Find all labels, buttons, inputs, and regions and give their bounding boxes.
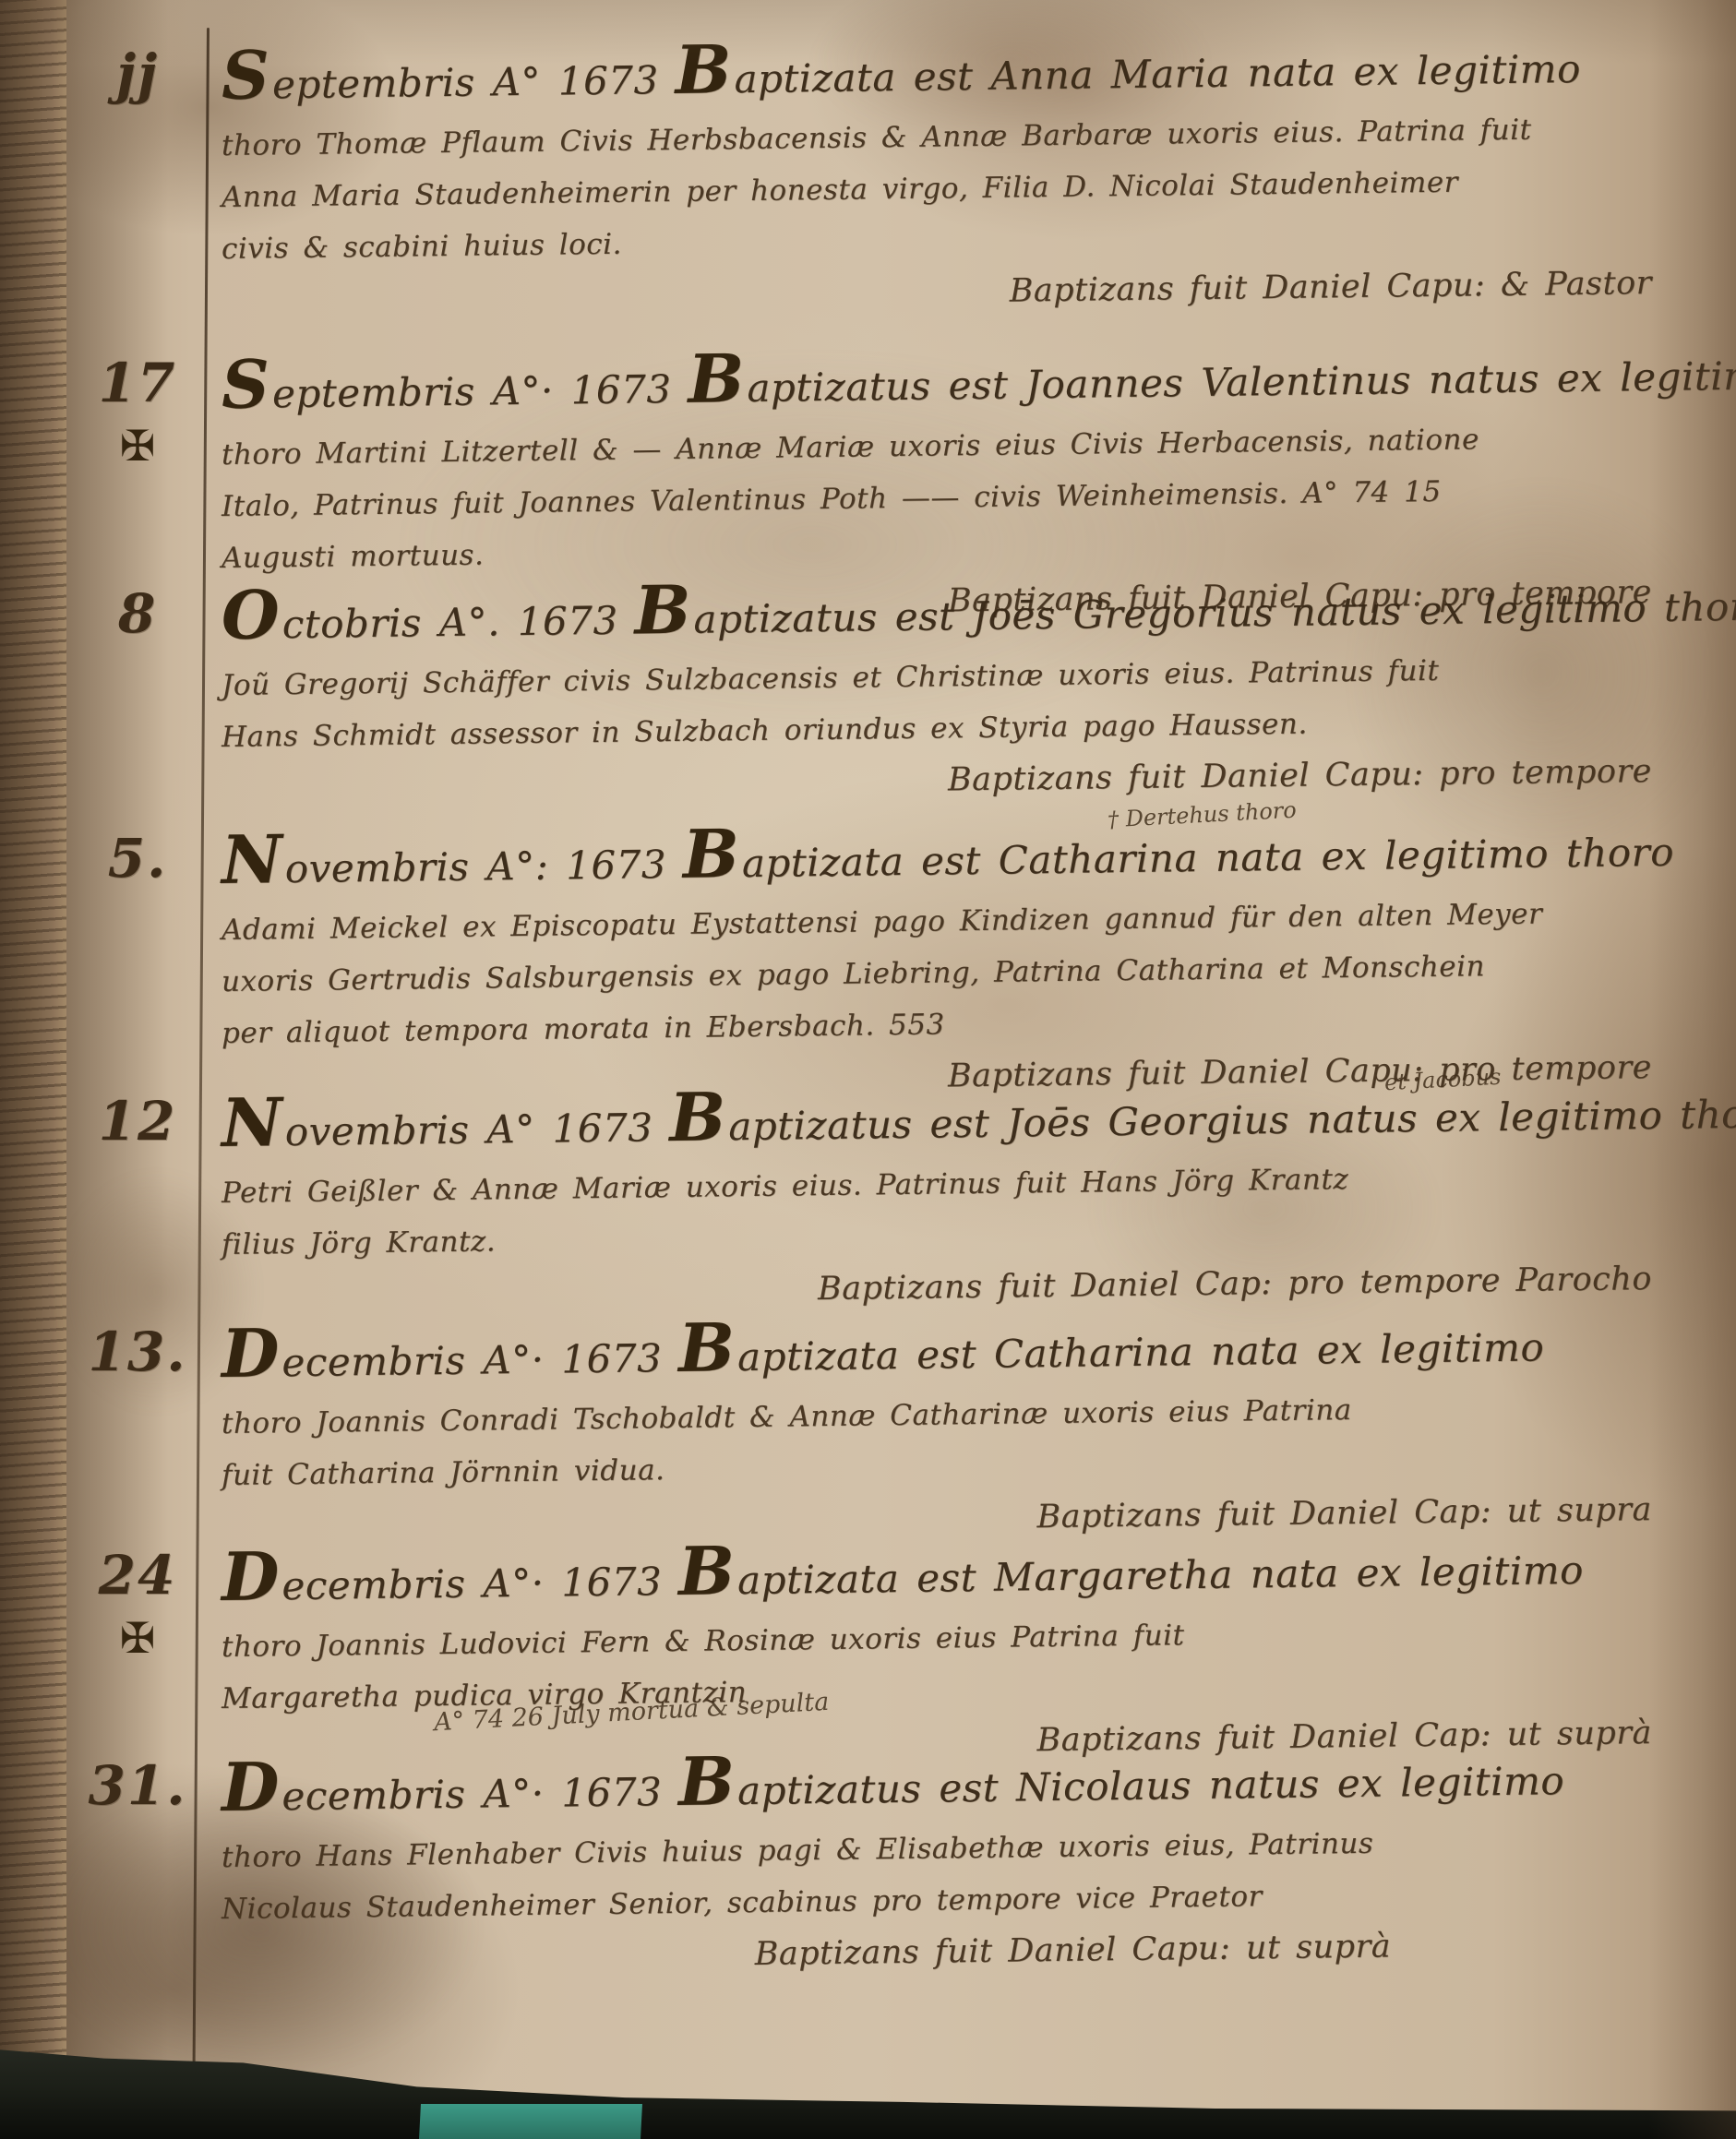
entry-baptism-text: Baptizatus est Joēs Gregorius natus ex l… [634,562,1736,654]
entry-month-year: Septembris A°· 1673 [221,345,672,429]
entry-baptism-text: Baptizata est Anna Maria nata ex legitim… [675,25,1581,114]
baptism-entry: jj Septembris A° 1673 Baptizata est Anna… [72,42,1712,327]
cover-teal-accent [419,2104,642,2139]
margin-cell: 8 [72,587,203,640]
margin-day-number: 17 [72,356,203,410]
margin-cell: 13. [72,1325,203,1379]
entry-body: Octobris A°. 1673 Baptizatus est Joēs Gr… [221,581,1712,815]
baptism-entry: 31. Decembris A°· 1673 Baptizatus est Ni… [72,1753,1712,1987]
register-page: jj Septembris A° 1673 Baptizata est Anna… [0,0,1736,2139]
entry-body: Decembris A°· 1673 Baptizata est Cathari… [221,1320,1712,1553]
entry-month-year: Novembris A°: 1673 [221,820,666,904]
entry-baptism-text: Baptizatus est Nicolaus natus ex legitim… [678,1737,1565,1826]
death-cross-icon: ✠ [72,1617,203,1659]
entry-lines: thoro Thomæ Pflaum Civis Herbsbacensis &… [221,120,1703,327]
margin-day-number: 24 [72,1548,203,1602]
margin-cell: 24 ✠ [72,1548,203,1659]
entry-baptism-text: Baptizata est Margaretha nata ex legitim… [678,1526,1585,1616]
margin-cell: 31. [72,1759,203,1812]
margin-day-number: 31. [72,1759,203,1812]
entry-month-year: Decembris A°· 1673 [221,1314,662,1398]
margin-cell: 5. [72,831,203,885]
margin-day-number: jj [72,47,203,101]
entry-month-year: Decembris A°· 1673 [221,1748,662,1832]
baptism-entry: 13. Decembris A°· 1673 Baptizata est Cat… [72,1320,1712,1553]
margin-cell: jj [72,47,203,101]
entries: jj Septembris A° 1673 Baptizata est Anna… [0,0,1736,2139]
margin-cell: 17 ✠ [72,356,203,467]
entry-lines: Petri Geißler & Annæ Mariæ uxoris eius. … [221,1167,1703,1322]
entry-baptism-text: Baptizatus est Joēs Georgius natus ex le… [669,1069,1736,1162]
entry-month-year: Septembris A° 1673 [221,36,659,120]
death-cross-icon: ✠ [72,424,203,467]
baptism-entry: 8 Octobris A°. 1673 Baptizatus est Joēs … [72,581,1712,815]
entry-month-year: Octobris A°. 1673 [221,577,618,660]
entry-baptism-text: Baptizata est Catharina nata ex legitimo… [682,808,1674,899]
entry-lines: thoro Hans Flenhaber Civis huius pagi & … [221,1832,1703,1987]
margin-day-number: 5. [72,831,203,885]
entry-body: Decembris A°· 1673 Baptizatus est Nicola… [221,1753,1712,1987]
baptism-entry: 12 et Jacobus Novembris A° 1673 Baptizat… [72,1089,1712,1322]
entry-lines: Joũ Gregorij Schäffer civis Sulzbacensis… [221,660,1703,815]
margin-cell: 12 [72,1094,203,1148]
entry-baptism-text: Baptizatus est Joannes Valentinus natus … [688,331,1736,424]
entry-month-year: Decembris A°· 1673 [221,1537,662,1621]
entry-month-year: Novembris A° 1673 [221,1083,652,1167]
margin-day-number: 13. [72,1325,203,1379]
entry-body: et Jacobus Novembris A° 1673 Baptizatus … [221,1089,1712,1322]
margin-day-number: 8 [72,587,203,640]
margin-day-number: 12 [72,1094,203,1148]
entry-baptism-text: Baptizata est Catharina nata ex legitimo [678,1303,1545,1392]
entry-body: Septembris A° 1673 Baptizata est Anna Ma… [221,42,1712,327]
